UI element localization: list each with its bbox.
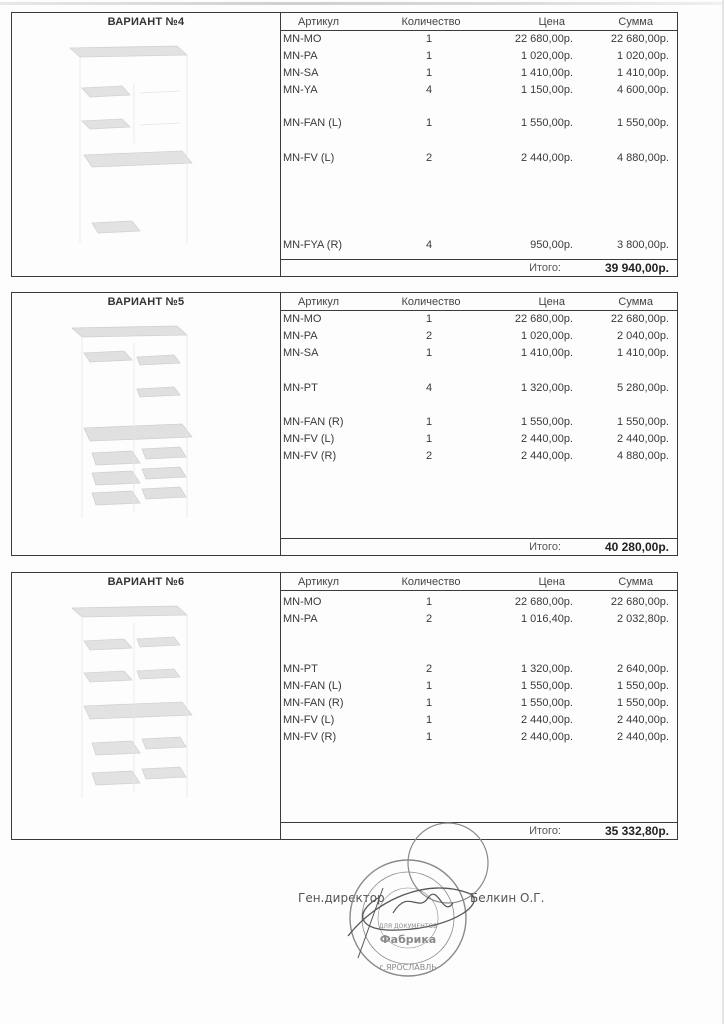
cell-sum: 22 680,00р. [611, 33, 669, 45]
cell-qty: 1 [394, 433, 464, 445]
cell-qty: 1 [394, 313, 464, 325]
cell-sum: 2 440,00р. [617, 714, 669, 726]
total-row: Итого: 39 940,00р. [280, 259, 677, 276]
variant-table: Артикул Количество Цена Сумма MN-MO122 6… [280, 13, 677, 276]
cell-price: 1 016,40р. [521, 613, 573, 625]
cell-sum: 2 032,80р. [617, 613, 669, 625]
table-row: MN-SA11 410,00р.1 410,00р. [280, 67, 677, 82]
cell-sum: 4 880,00р. [617, 450, 669, 462]
cell-sum: 1 550,00р. [617, 680, 669, 692]
table-row: MN-FV (L)12 440,00р.2 440,00р. [280, 433, 677, 448]
cell-qty: 1 [394, 117, 464, 129]
cell-sum: 2 640,00р. [617, 663, 669, 675]
table-row: MN-FAN (R)11 550,00р.1 550,00р. [280, 416, 677, 431]
cell-article: MN-FAN (R) [283, 697, 344, 709]
total-label: Итого: [529, 262, 561, 274]
cell-price: 2 440,00р. [521, 714, 573, 726]
cell-article: MN-MO [283, 33, 322, 45]
cell-article: MN-PT [283, 663, 318, 675]
cell-price: 1 550,00р. [521, 416, 573, 428]
cell-article: MN-FAN (R) [283, 416, 344, 428]
table-row: MN-PA21 016,40р.2 032,80р. [280, 613, 677, 628]
cell-article: MN-FAN (L) [283, 117, 342, 129]
table-row: MN-PT41 320,00р.5 280,00р. [280, 382, 677, 397]
variant-image-panel: ВАРИАНТ №5 [12, 293, 281, 555]
cell-qty: 1 [394, 596, 464, 608]
table-row: MN-FV (R)12 440,00р.2 440,00р. [280, 731, 677, 746]
cell-sum: 2 440,00р. [617, 731, 669, 743]
cell-article: MN-SA [283, 67, 318, 79]
table-row: MN-FV (L)22 440,00р.4 880,00р. [280, 152, 677, 167]
table-header: Артикул Количество Цена Сумма [280, 293, 677, 311]
cell-sum: 3 800,00р. [617, 239, 669, 251]
cell-qty: 1 [394, 416, 464, 428]
cell-article: MN-FYA (R) [283, 239, 342, 251]
cell-price: 1 320,00р. [521, 382, 573, 394]
table-row: MN-FAN (R)11 550,00р.1 550,00р. [280, 697, 677, 712]
cell-price: 2 440,00р. [521, 433, 573, 445]
cell-sum: 1 550,00р. [617, 416, 669, 428]
cell-price: 1 320,00р. [521, 663, 573, 675]
cell-qty: 1 [394, 50, 464, 62]
shelving-unit-image [62, 43, 202, 253]
cell-sum: 4 880,00р. [617, 152, 669, 164]
cell-price: 22 680,00р. [515, 33, 573, 45]
cell-sum: 2 040,00р. [617, 330, 669, 342]
company-stamp-icon: Фабрика ДЛЯ ДОКУМЕНТОВ г.ЯРОСЛАВЛЬ [338, 818, 508, 983]
cell-qty: 1 [394, 347, 464, 359]
cell-qty: 1 [394, 714, 464, 726]
cell-price: 1 410,00р. [521, 347, 573, 359]
table-row: MN-MO122 680,00р.22 680,00р. [280, 313, 677, 328]
table-row: MN-YA41 150,00р.4 600,00р. [280, 84, 677, 99]
total-label: Итого: [529, 825, 561, 837]
cell-price: 2 440,00р. [521, 450, 573, 462]
variant-title: ВАРИАНТ №6 [12, 576, 280, 588]
header-quantity: Количество [388, 16, 474, 28]
table-row: MN-PA21 020,00р.2 040,00р. [280, 330, 677, 345]
cell-sum: 5 280,00р. [617, 382, 669, 394]
cell-price: 22 680,00р. [515, 313, 573, 325]
cell-qty: 1 [394, 33, 464, 45]
cell-article: MN-SA [283, 347, 318, 359]
cell-qty: 2 [394, 152, 464, 164]
cell-article: MN-FV (L) [283, 714, 334, 726]
cell-price: 1 550,00р. [521, 117, 573, 129]
cell-sum: 1 410,00р. [617, 67, 669, 79]
cell-price: 1 550,00р. [521, 697, 573, 709]
header-article: Артикул [298, 576, 339, 588]
stamp-company: Фабрика [380, 933, 436, 946]
cell-qty: 2 [394, 613, 464, 625]
cell-qty: 1 [394, 67, 464, 79]
cell-article: MN-PA [283, 50, 318, 62]
cell-price: 1 150,00р. [521, 84, 573, 96]
cell-article: MN-MO [283, 313, 322, 325]
table-row: MN-SA11 410,00р.1 410,00р. [280, 347, 677, 362]
cell-price: 1 020,00р. [521, 330, 573, 342]
cell-qty: 4 [394, 382, 464, 394]
header-quantity: Количество [388, 296, 474, 308]
table-row: MN-FV (R)22 440,00р.4 880,00р. [280, 450, 677, 465]
cell-qty: 2 [394, 330, 464, 342]
cell-article: MN-PT [283, 382, 318, 394]
cell-sum: 1 550,00р. [617, 117, 669, 129]
cell-sum: 1 410,00р. [617, 347, 669, 359]
cell-article: MN-FAN (L) [283, 680, 342, 692]
header-article: Артикул [298, 16, 339, 28]
variant-table: Артикул Количество Цена Сумма MN-MO122 6… [280, 293, 677, 555]
cell-qty: 1 [394, 731, 464, 743]
total-value: 40 280,00р. [605, 540, 669, 554]
cell-sum: 22 680,00р. [611, 313, 669, 325]
cell-qty: 2 [394, 663, 464, 675]
variant-image-panel: ВАРИАНТ №4 [12, 13, 281, 276]
cell-article: MN-FV (L) [283, 433, 334, 445]
header-price: Цена [539, 16, 565, 28]
cell-article: MN-FV (L) [283, 152, 334, 164]
cell-sum: 22 680,00р. [611, 596, 669, 608]
cell-article: MN-FV (R) [283, 450, 336, 462]
cell-price: 1 020,00р. [521, 50, 573, 62]
variant-6-block: ВАРИАНТ №6 Артикул Кол [11, 572, 678, 840]
cell-qty: 4 [394, 84, 464, 96]
header-quantity: Количество [388, 576, 474, 588]
table-row: MN-PA11 020,00р.1 020,00р. [280, 50, 677, 65]
cell-price: 1 410,00р. [521, 67, 573, 79]
header-sum: Сумма [618, 296, 653, 308]
header-price: Цена [539, 296, 565, 308]
cell-sum: 1 020,00р. [617, 50, 669, 62]
cell-qty: 2 [394, 450, 464, 462]
total-label: Итого: [529, 541, 561, 553]
cell-sum: 2 440,00р. [617, 433, 669, 445]
cell-article: MN-FV (R) [283, 731, 336, 743]
cell-price: 1 550,00р. [521, 680, 573, 692]
cell-sum: 1 550,00р. [617, 697, 669, 709]
cell-qty: 4 [394, 239, 464, 251]
header-sum: Сумма [618, 16, 653, 28]
stamp-city: г.ЯРОСЛАВЛЬ [379, 963, 437, 972]
cell-qty: 1 [394, 680, 464, 692]
table-header: Артикул Количество Цена Сумма [280, 573, 677, 591]
header-sum: Сумма [618, 576, 653, 588]
cell-price: 950,00р. [530, 239, 573, 251]
cell-article: MN-MO [283, 596, 322, 608]
table-row: MN-FAN (L)11 550,00р.1 550,00р. [280, 117, 677, 132]
cell-price: 22 680,00р. [515, 596, 573, 608]
variant-title: ВАРИАНТ №4 [12, 16, 280, 28]
cell-sum: 4 600,00р. [617, 84, 669, 96]
shelving-unit-image [62, 603, 202, 813]
table-row: MN-FYA (R)4950,00р.3 800,00р. [280, 239, 677, 254]
header-price: Цена [539, 576, 565, 588]
cell-article: MN-PA [283, 330, 318, 342]
page-edge [0, 2, 724, 5]
header-article: Артикул [298, 296, 339, 308]
cell-price: 2 440,00р. [521, 731, 573, 743]
cell-article: MN-YA [283, 84, 318, 96]
table-row: MN-MO122 680,00р.22 680,00р. [280, 33, 677, 48]
total-row: Итого: 40 280,00р. [280, 538, 677, 555]
table-row: MN-FAN (L)11 550,00р.1 550,00р. [280, 680, 677, 695]
table-row: MN-PT21 320,00р.2 640,00р. [280, 663, 677, 678]
variant-title: ВАРИАНТ №5 [12, 296, 280, 308]
table-header: Артикул Количество Цена Сумма [280, 13, 677, 31]
table-row: MN-MO122 680,00р.22 680,00р. [280, 596, 677, 611]
cell-qty: 1 [394, 697, 464, 709]
stamp-subtitle: ДЛЯ ДОКУМЕНТОВ [379, 923, 438, 930]
shelving-unit-image [62, 323, 202, 533]
total-value: 39 940,00р. [605, 261, 669, 275]
variant-table: Артикул Количество Цена Сумма MN-MO122 6… [280, 573, 677, 839]
total-value: 35 332,80р. [605, 824, 669, 838]
table-row: MN-FV (L)12 440,00р.2 440,00р. [280, 714, 677, 729]
cell-price: 2 440,00р. [521, 152, 573, 164]
variant-image-panel: ВАРИАНТ №6 [12, 573, 281, 839]
variant-4-block: ВАРИАНТ №4 Артикул Количество Цена Су [11, 12, 678, 277]
cell-article: MN-PA [283, 613, 318, 625]
variant-5-block: ВАРИАНТ №5 Артикул [11, 292, 678, 556]
